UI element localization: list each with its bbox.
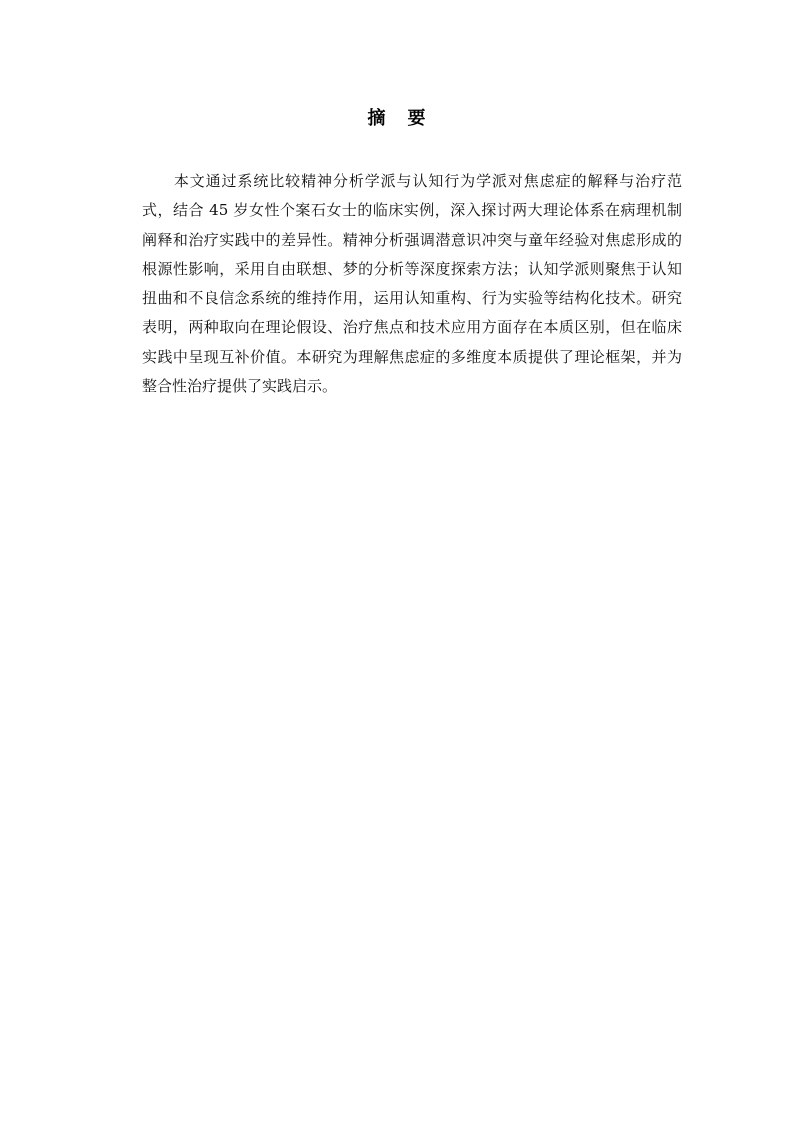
abstract-line-7: 实践中呈现互补价值。本研究为理解焦虑症的多维度本质提供了理论框架，并为 (142, 343, 682, 372)
abstract-title: 摘要 (0, 104, 793, 130)
abstract-line-6: 表明，两种取向在理论假设、治疗焦点和技术应用方面存在本质区别，但在临床 (142, 313, 682, 342)
abstract-title-char-2: 要 (408, 108, 426, 129)
abstract-line-5: 扭曲和不良信念系统的维持作用，运用认知重构、行为实验等结构化技术。研究 (142, 284, 682, 313)
abstract-line-3: 阐释和治疗实践中的差异性。精神分析强调潜意识冲突与童年经验对焦虑形成的 (142, 226, 682, 255)
abstract-line-4: 根源性影响，采用自由联想、梦的分析等深度探索方法；认知学派则聚焦于认知 (142, 255, 682, 284)
abstract-line-2: 式，结合 45 岁女性个案石女士的临床实例，深入探讨两大理论体系在病理机制 (142, 196, 682, 225)
abstract-line-8: 整合性治疗提供了实践启示。 (142, 372, 682, 401)
abstract-line-1: 本文通过系统比较精神分析学派与认知行为学派对焦虑症的解释与治疗范 (142, 167, 682, 196)
abstract-body: 本文通过系统比较精神分析学派与认知行为学派对焦虑症的解释与治疗范 式，结合 45… (142, 167, 682, 401)
document-page: 摘要 本文通过系统比较精神分析学派与认知行为学派对焦虑症的解释与治疗范 式，结合… (0, 0, 793, 1122)
abstract-title-char-1: 摘 (368, 108, 386, 129)
